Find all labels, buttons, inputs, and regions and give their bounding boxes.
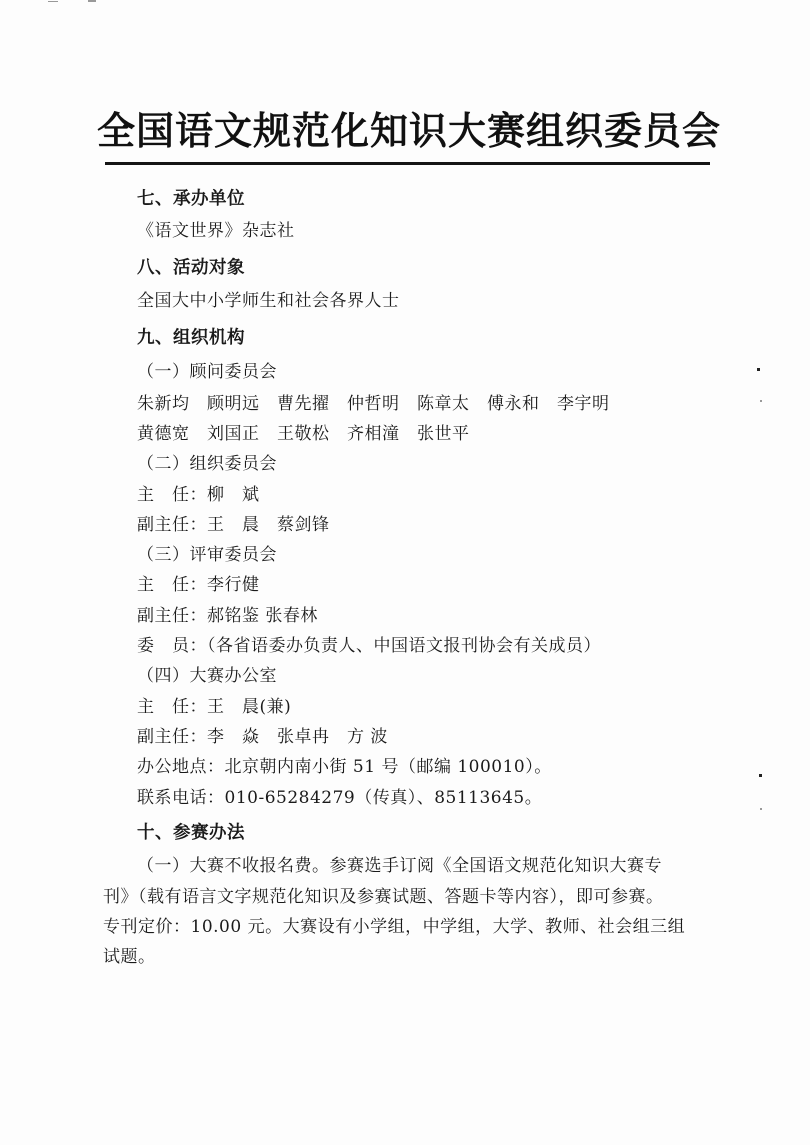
organizing-director: 主 任：柳 斌 [137, 484, 260, 506]
document-title: 全国语文规范化知识大赛组织委员会 [0, 100, 810, 155]
participation-paragraph-line-3: 专刊定价：10.00 元。大赛设有小学组，中学组，大学、教师、社会组三组 [103, 916, 685, 938]
scan-speck [760, 400, 762, 402]
organizer-text: 《语文世界》杂志社 [137, 220, 295, 242]
contest-office-label: （四）大赛办公室 [137, 665, 277, 687]
section-heading-9: 九、组织机构 [137, 327, 245, 349]
review-director: 主 任：李行健 [137, 574, 260, 596]
review-deputy-director: 副主任：郝铭鉴 张春林 [137, 605, 318, 627]
office-deputy-director: 副主任：李 焱 张卓冉 方 波 [137, 726, 388, 748]
section-heading-10: 十、参赛办法 [137, 822, 245, 844]
review-members: 委 员：（各省语委办负责人、中国语文报刊协会有关成员） [137, 635, 601, 657]
scan-speck [757, 368, 760, 371]
review-committee-label: （三）评审委员会 [137, 544, 277, 566]
scan-speck [88, 0, 96, 2]
office-address: 办公地点：北京朝内南小街 51 号（邮编 100010）。 [137, 756, 552, 778]
office-director: 主 任：王 晨(兼) [137, 696, 291, 718]
target-audience-text: 全国大中小学师生和社会各界人士 [137, 290, 400, 312]
organizing-deputy-director: 副主任：王 晨 蔡剑锋 [137, 514, 330, 536]
advisory-members-row-1: 朱新均 顾明远 曹先擢 仲哲明 陈章太 傅永和 李宇明 [137, 393, 610, 415]
title-divider [105, 162, 710, 165]
organizing-committee-label: （二）组织委员会 [137, 453, 277, 475]
participation-paragraph-line-2: 刊》（载有语言文字规范化知识及参赛试题、答题卡等内容），即可参赛。 [103, 886, 664, 908]
section-heading-7: 七、承办单位 [137, 188, 245, 210]
scan-speck [759, 774, 762, 777]
scan-speck [760, 808, 762, 810]
scan-speck [48, 1, 58, 2]
advisory-committee-label: （一）顾问委员会 [137, 361, 277, 383]
document-page: 全国语文规范化知识大赛组织委员会 七、承办单位 《语文世界》杂志社 八、活动对象… [0, 0, 810, 1145]
participation-paragraph-line-4: 试题。 [103, 946, 156, 968]
contact-phone: 联系电话：010-65284279（传真）、85113645。 [137, 787, 542, 809]
advisory-members-row-2: 黄德宽 刘国正 王敬松 齐相潼 张世平 [137, 423, 470, 445]
participation-paragraph-line-1: （一）大赛不收报名费。参赛选手订阅《全国语文规范化知识大赛专 [137, 855, 662, 877]
section-heading-8: 八、活动对象 [137, 257, 245, 279]
